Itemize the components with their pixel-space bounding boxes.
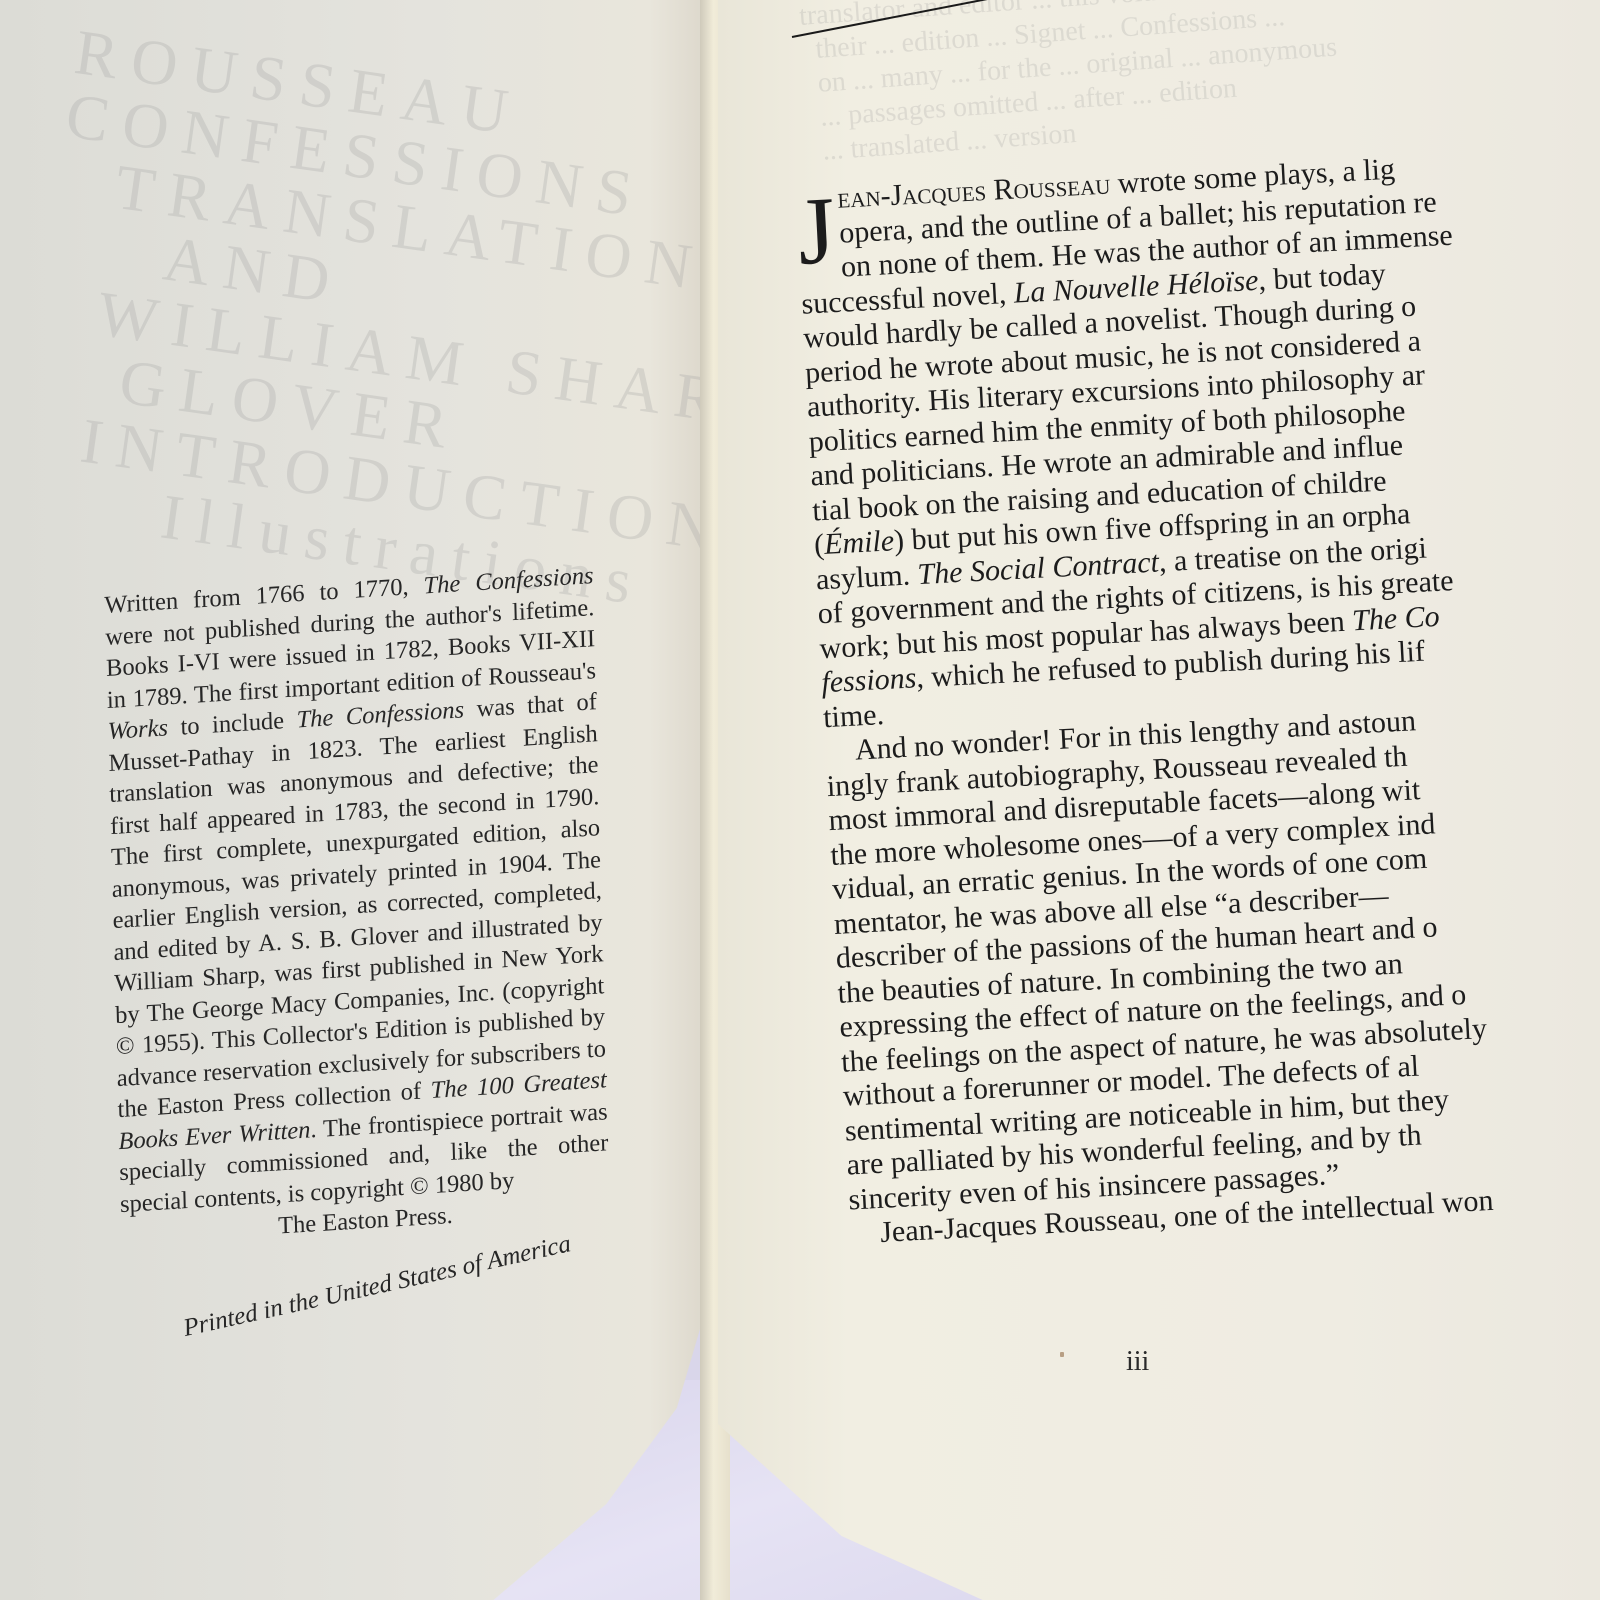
left-page-bleed-through: ROUSSEAU CONFESSIONS TRANSLATION AND WIL… bbox=[16, 20, 694, 562]
right-page: translator and editor ... this volume ..… bbox=[718, 0, 1600, 1600]
page-number: iii bbox=[1126, 1346, 1149, 1378]
drop-cap: J bbox=[796, 190, 837, 272]
book-photo: ROUSSEAU CONFESSIONS TRANSLATION AND WIL… bbox=[0, 0, 1600, 1600]
introduction-text: Jean-Jacques Rousseau wrote some plays, … bbox=[794, 113, 1600, 1252]
body-lines: opera, and the outline of a ballet; his … bbox=[797, 171, 1600, 1252]
left-page: ROUSSEAU CONFESSIONS TRANSLATION AND WIL… bbox=[0, 0, 705, 1600]
colophon-block: Written from 1766 to 1770, The Confessio… bbox=[104, 560, 612, 1317]
colophon-paragraph: Written from 1766 to 1770, The Confessio… bbox=[104, 560, 610, 1220]
paper-speck bbox=[1060, 1352, 1064, 1357]
